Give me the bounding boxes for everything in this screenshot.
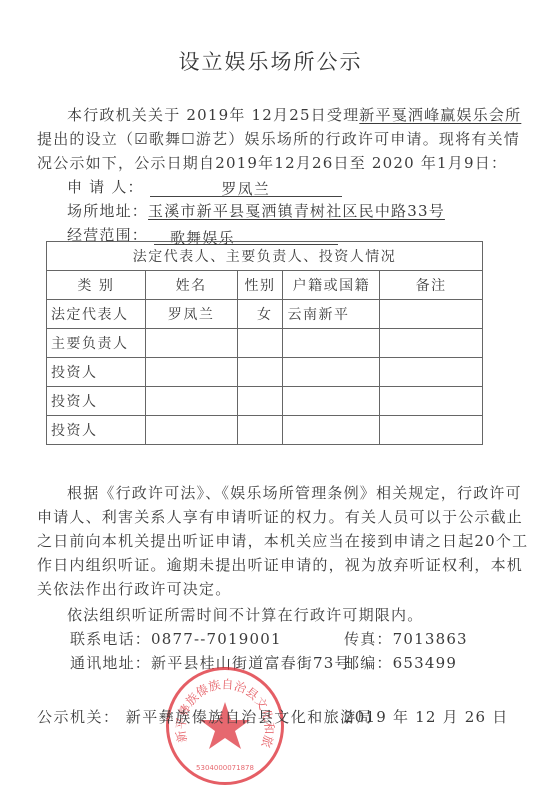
legal-line-1: 根据《行政许可法》、《娱乐场所管理条例》相关规定，行政许可 <box>67 482 522 503</box>
cell-gender <box>237 416 283 445</box>
cell-category: 投资人 <box>47 358 146 387</box>
applicant-label: 申 请 人： <box>67 178 144 196</box>
table-row: 投资人 <box>47 387 483 416</box>
legal-line-3: 之日前向本机关提出听证申请，本机关应当在接到申请之日起20个工 <box>37 530 528 551</box>
cell-category: 投资人 <box>47 387 146 416</box>
header-remarks: 备注 <box>380 271 483 300</box>
cell-residence <box>283 416 380 445</box>
authority-name: 新平彝族傣族自治县文化和旅游局 <box>126 708 374 726</box>
persons-table: 法定代表人、主要负责人、投资人情况 类 别 姓名 性别 户籍或国籍 备注 法定代… <box>46 241 483 445</box>
address-field: 场所地址：玉溪市新平县戛洒镇青树社区民中路33号 <box>67 200 445 221</box>
cell-name: 罗凤兰 <box>145 300 237 329</box>
table-row: 法定代表人 罗凤兰 女 云南新平 <box>47 300 483 329</box>
authority-label: 公示机关： <box>37 708 120 726</box>
cell-name <box>145 329 237 358</box>
cell-remarks <box>380 416 483 445</box>
applicant-business-name: 新平戛洒峰赢娱乐会所 <box>359 106 521 124</box>
applicant-value: 罗凤兰 <box>150 178 342 197</box>
intro-prefix: 本行政机关关于 2019年 12月25日受理 <box>67 106 359 124</box>
legal-line-5: 关依法作出行政许可决定。 <box>37 578 231 599</box>
table-header-row: 类 别 姓名 性别 户籍或国籍 备注 <box>47 271 483 300</box>
cell-category: 投资人 <box>47 416 146 445</box>
contact-phone: 联系电话：0877--7019001 <box>70 628 282 649</box>
cell-remarks <box>380 387 483 416</box>
intro-line-3: 况公示如下，公示日期自2019年12月26日至 2020 年1月9日： <box>37 152 507 173</box>
cell-residence <box>283 329 380 358</box>
seal-code: 5304000071878 <box>196 764 254 772</box>
cell-gender <box>237 358 283 387</box>
document-title: 设立娱乐场所公示 <box>0 46 541 76</box>
cell-name <box>145 358 237 387</box>
cell-category: 主要负责人 <box>47 329 146 358</box>
legal-line-2: 申请人、利害关系人享有申请听证的权力。有关人员可以于公示截止 <box>37 506 523 527</box>
header-gender: 性别 <box>237 271 283 300</box>
footer-authority: 公示机关： 新平彝族傣族自治县文化和旅游局 <box>37 706 373 727</box>
footer-date: 2019 年 12 月 26 日 <box>344 706 508 727</box>
table-row: 主要负责人 <box>47 329 483 358</box>
intro-line-1: 本行政机关关于 2019年 12月25日受理新平戛洒峰赢娱乐会所 <box>67 104 521 125</box>
cell-gender: 女 <box>237 300 283 329</box>
cell-gender <box>237 329 283 358</box>
applicant-field: 申 请 人： 罗凤兰 <box>67 176 342 197</box>
cell-gender <box>237 387 283 416</box>
header-category: 类 别 <box>47 271 146 300</box>
table-caption-row: 法定代表人、主要负责人、投资人情况 <box>47 242 483 271</box>
table-caption: 法定代表人、主要负责人、投资人情况 <box>47 242 483 271</box>
legal-line-4: 作日内组织听证。逾期未提出听证申请的，视为放弃听证权利，本机 <box>37 554 523 575</box>
cell-name <box>145 387 237 416</box>
table-row: 投资人 <box>47 358 483 387</box>
cell-remarks <box>380 329 483 358</box>
intro-line-2: 提出的设立（☑歌舞☐游艺）娱乐场所的行政许可申请。现将有关情 <box>37 128 520 149</box>
cell-residence <box>283 358 380 387</box>
hearing-note: 依法组织听证所需时间不计算在行政许可期限内。 <box>67 604 423 625</box>
header-name: 姓名 <box>145 271 237 300</box>
cell-residence <box>283 387 380 416</box>
address-value: 玉溪市新平县戛洒镇青树社区民中路33号 <box>148 202 445 220</box>
contact-postcode: 邮编：653499 <box>344 652 457 673</box>
address-label: 场所地址： <box>67 202 148 220</box>
cell-remarks <box>380 358 483 387</box>
header-residence: 户籍或国籍 <box>283 271 380 300</box>
cell-name <box>145 416 237 445</box>
contact-fax: 传真：7013863 <box>344 628 468 649</box>
cell-remarks <box>380 300 483 329</box>
cell-residence: 云南新平 <box>283 300 380 329</box>
table-row: 投资人 <box>47 416 483 445</box>
cell-category: 法定代表人 <box>47 300 146 329</box>
